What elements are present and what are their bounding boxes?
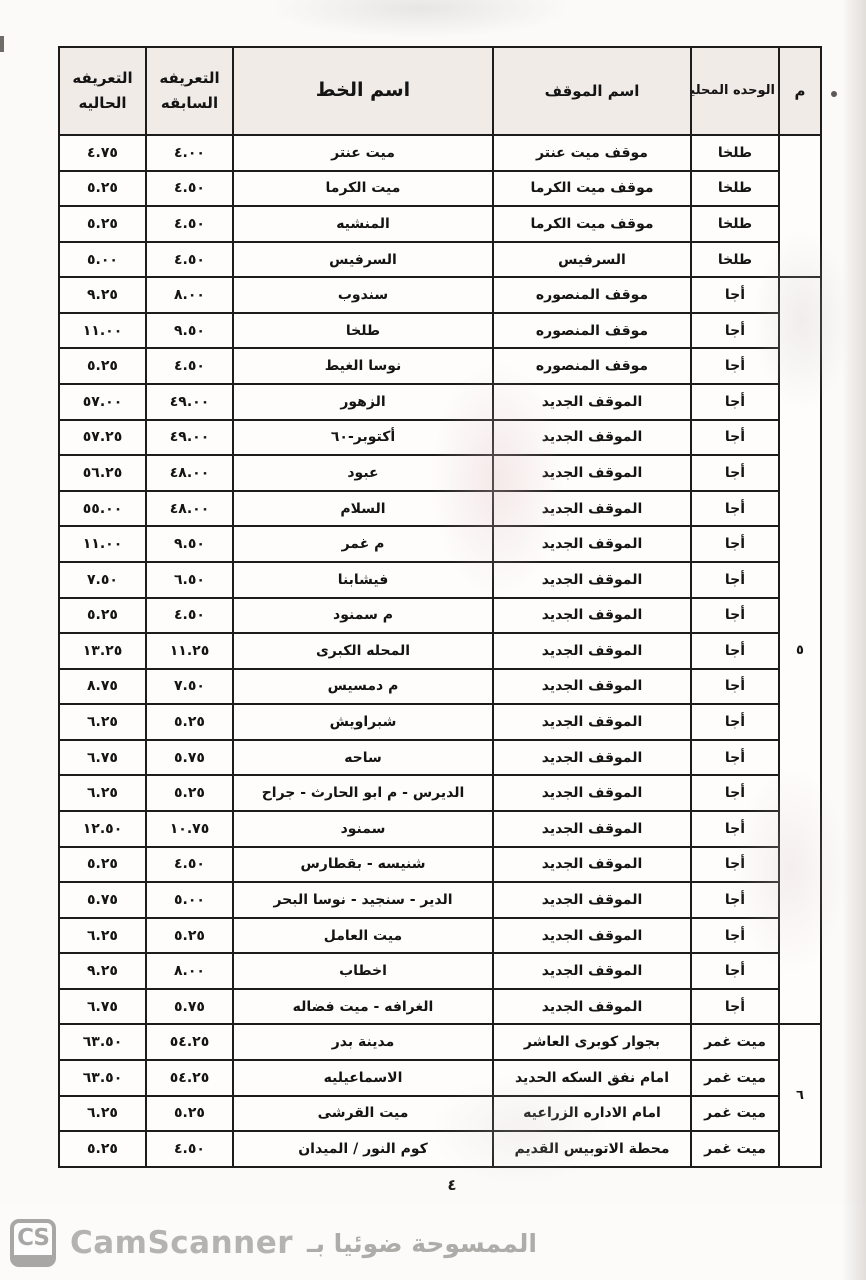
prev-tariff-cell: ٥.٧٥ [146, 989, 233, 1025]
stop-cell: الموقف الجديد [493, 740, 691, 776]
table-row: طلخاموقف ميت عنترميت عنتر٤.٠٠٤.٧٥ [59, 135, 821, 171]
prev-tariff-cell: ٧.٥٠ [146, 669, 233, 705]
header-previous-tariff: التعريفه السابقه [146, 47, 233, 135]
line-cell: م غمر [233, 526, 493, 562]
stop-cell: الموقف الجديد [493, 989, 691, 1025]
curr-tariff-cell: ٥٧.٢٥ [59, 420, 146, 456]
line-cell: فيشابنا [233, 562, 493, 598]
stop-cell: الموقف الجديد [493, 633, 691, 669]
unit-cell: أجا [691, 598, 779, 634]
line-cell: ميت الكرما [233, 171, 493, 207]
line-cell: م دمسيس [233, 669, 493, 705]
prev-tariff-cell: ٥.٢٥ [146, 704, 233, 740]
stop-cell: امام نفق السكه الحديد [493, 1060, 691, 1096]
unit-cell: أجا [691, 633, 779, 669]
unit-cell: طلخا [691, 206, 779, 242]
stop-cell: موقف المنصوره [493, 348, 691, 384]
unit-cell: أجا [691, 847, 779, 883]
scan-dot-artifact [831, 91, 837, 97]
stop-cell: الموقف الجديد [493, 491, 691, 527]
unit-cell: أجا [691, 526, 779, 562]
curr-tariff-cell: ٥٧.٠٠ [59, 384, 146, 420]
line-cell: اخطاب [233, 953, 493, 989]
prev-tariff-cell: ٩.٥٠ [146, 313, 233, 349]
unit-cell: ميت غمر [691, 1096, 779, 1132]
curr-tariff-cell: ٥.٠٠ [59, 242, 146, 278]
camscanner-footer: CS CamScanner الممسوحة ضوئيا بـ [0, 1206, 866, 1280]
curr-tariff-cell: ٩.٢٥ [59, 953, 146, 989]
curr-tariff-cell: ٦.٢٥ [59, 704, 146, 740]
stop-cell: الموقف الجديد [493, 384, 691, 420]
stop-cell: السرفيس [493, 242, 691, 278]
table-row: أجاالموقف الجديدميت العامل٥.٢٥٦.٢٥ [59, 918, 821, 954]
line-cell: شنيسه - بقطارس [233, 847, 493, 883]
table-row: ميت غمرامام الاداره الزراعيهميت القرشى٥.… [59, 1096, 821, 1132]
prev-tariff-cell: ٥.٠٠ [146, 882, 233, 918]
unit-cell: أجا [691, 384, 779, 420]
curr-tariff-cell: ٩.٢٥ [59, 277, 146, 313]
table-row: أجاالموقف الجديدالغرافه - ميت فضاله٥.٧٥٦… [59, 989, 821, 1025]
table-row: أجاالموقف الجديدسمنود١٠.٧٥١٢.٥٠ [59, 811, 821, 847]
unit-cell: أجا [691, 740, 779, 776]
prev-tariff-cell: ٤.٥٠ [146, 348, 233, 384]
header-local-unit: الوحده المحليه [691, 47, 779, 135]
curr-tariff-cell: ٤.٧٥ [59, 135, 146, 171]
header-serial: م [779, 47, 821, 135]
line-cell: مدينة بدر [233, 1024, 493, 1060]
line-cell: المحله الكبرى [233, 633, 493, 669]
unit-cell: أجا [691, 918, 779, 954]
curr-tariff-cell: ١٢.٥٠ [59, 811, 146, 847]
stop-cell: موقف ميت الكرما [493, 171, 691, 207]
table-row: أجاالموقف الجديدعبود٤٨.٠٠٥٦.٢٥ [59, 455, 821, 491]
prev-tariff-cell: ٦.٥٠ [146, 562, 233, 598]
unit-cell: طلخا [691, 171, 779, 207]
table-row: أجاموقف المنصورهنوسا الغيط٤.٥٠٥.٢٥ [59, 348, 821, 384]
stop-cell: موقف المنصوره [493, 313, 691, 349]
table-row: أجاالموقف الجديداخطاب٨.٠٠٩.٢٥ [59, 953, 821, 989]
line-cell: م سمنود [233, 598, 493, 634]
stop-cell: الموقف الجديد [493, 455, 691, 491]
stop-cell: محطة الاتوبيس القديم [493, 1131, 691, 1167]
table-row: ميت غمرامام نفق السكه الحديدالاسماعيليه٥… [59, 1060, 821, 1096]
line-cell: الغرافه - ميت فضاله [233, 989, 493, 1025]
prev-tariff-cell: ١١.٢٥ [146, 633, 233, 669]
line-cell: الديرس - م ابو الحارث - جراح [233, 775, 493, 811]
line-cell: سندوب [233, 277, 493, 313]
prev-tariff-cell: ١٠.٧٥ [146, 811, 233, 847]
unit-cell: أجا [691, 953, 779, 989]
curr-tariff-cell: ٥٥.٠٠ [59, 491, 146, 527]
stop-cell: الموقف الجديد [493, 811, 691, 847]
line-cell: عبود [233, 455, 493, 491]
stop-cell: الموقف الجديد [493, 775, 691, 811]
prev-tariff-cell: ٤.٠٠ [146, 135, 233, 171]
unit-cell: أجا [691, 420, 779, 456]
line-cell: كوم النور / الميدان [233, 1131, 493, 1167]
prev-tariff-cell: ٤.٥٠ [146, 242, 233, 278]
table-header-row: م الوحده المحليه اسم الموقف اسم الخط الت… [59, 47, 821, 135]
stop-cell: الموقف الجديد [493, 882, 691, 918]
prev-tariff-cell: ٥٤.٢٥ [146, 1024, 233, 1060]
line-cell: السرفيس [233, 242, 493, 278]
line-cell: ميت القرشى [233, 1096, 493, 1132]
curr-tariff-cell: ٦.٢٥ [59, 1096, 146, 1132]
unit-cell: ميت غمر [691, 1131, 779, 1167]
curr-tariff-cell: ٥.٢٥ [59, 348, 146, 384]
unit-cell: أجا [691, 882, 779, 918]
table-row: أجاالموقف الجديدالديرس - م ابو الحارث - … [59, 775, 821, 811]
unit-cell: أجا [691, 455, 779, 491]
prev-tariff-cell: ٥.٢٥ [146, 1096, 233, 1132]
line-cell: الزهور [233, 384, 493, 420]
table-row: أجاالموقف الجديدالمحله الكبرى١١.٢٥١٣.٢٥ [59, 633, 821, 669]
table-row: طلخاموقف ميت الكرماالمنشيه٤.٥٠٥.٢٥ [59, 206, 821, 242]
page-number: ٤ [440, 1176, 464, 1194]
unit-cell: طلخا [691, 242, 779, 278]
curr-tariff-cell: ٥.٧٥ [59, 882, 146, 918]
curr-tariff-cell: ١١.٠٠ [59, 313, 146, 349]
unit-cell: أجا [691, 491, 779, 527]
table-row: أجاالموقف الجديدساحه٥.٧٥٦.٧٥ [59, 740, 821, 776]
table-row: أجاالموقف الجديدفيشابنا٦.٥٠٧.٥٠ [59, 562, 821, 598]
table-row: طلخاالسرفيسالسرفيس٤.٥٠٥.٠٠ [59, 242, 821, 278]
curr-tariff-cell: ٥.٢٥ [59, 171, 146, 207]
prev-tariff-cell: ٤.٥٠ [146, 847, 233, 883]
curr-tariff-cell: ١١.٠٠ [59, 526, 146, 562]
line-cell: الاسماعيليه [233, 1060, 493, 1096]
line-cell: طلخا [233, 313, 493, 349]
line-cell: شبراويش [233, 704, 493, 740]
line-cell: ساحه [233, 740, 493, 776]
stop-cell: الموقف الجديد [493, 562, 691, 598]
group-serial-cell: ٥ [779, 277, 821, 1024]
table-row: أجاالموقف الجديدم غمر٩.٥٠١١.٠٠ [59, 526, 821, 562]
table-row: أجاالموقف الجديدالسلام٤٨.٠٠٥٥.٠٠ [59, 491, 821, 527]
table-row: أجاالموقف الجديدالدير - سنجيد - نوسا الب… [59, 882, 821, 918]
header-stop-name: اسم الموقف [493, 47, 691, 135]
table-row: أجاالموقف الجديدشنيسه - بقطارس٤.٥٠٥.٢٥ [59, 847, 821, 883]
curr-tariff-cell: ٦.٧٥ [59, 740, 146, 776]
prev-tariff-cell: ٥.٧٥ [146, 740, 233, 776]
stop-cell: الموقف الجديد [493, 669, 691, 705]
stop-cell: الموقف الجديد [493, 953, 691, 989]
unit-cell: ميت غمر [691, 1024, 779, 1060]
unit-cell: أجا [691, 704, 779, 740]
prev-tariff-cell: ٤.٥٠ [146, 598, 233, 634]
tariff-table: م الوحده المحليه اسم الموقف اسم الخط الت… [58, 46, 822, 1168]
unit-cell: أجا [691, 811, 779, 847]
table-row: طلخاموقف ميت الكرماميت الكرما٤.٥٠٥.٢٥ [59, 171, 821, 207]
unit-cell: طلخا [691, 135, 779, 171]
line-cell: نوسا الغيط [233, 348, 493, 384]
curr-tariff-cell: ٥.٢٥ [59, 847, 146, 883]
unit-cell: أجا [691, 989, 779, 1025]
unit-cell: أجا [691, 348, 779, 384]
table-row: ٦ميت غمربجوار كوبرى العاشرمدينة بدر٥٤.٢٥… [59, 1024, 821, 1060]
stop-cell: الموقف الجديد [493, 598, 691, 634]
prev-tariff-cell: ٥.٢٥ [146, 775, 233, 811]
curr-tariff-cell: ٥.٢٥ [59, 206, 146, 242]
prev-tariff-cell: ٨.٠٠ [146, 953, 233, 989]
table-row: أجاالموقف الجديدم دمسيس٧.٥٠٨.٧٥ [59, 669, 821, 705]
curr-tariff-cell: ٨.٧٥ [59, 669, 146, 705]
group-serial-cell [779, 135, 821, 277]
line-cell: المنشيه [233, 206, 493, 242]
prev-tariff-cell: ٤.٥٠ [146, 171, 233, 207]
prev-tariff-cell: ٥.٢٥ [146, 918, 233, 954]
table-row: أجاموقف المنصورهطلخا٩.٥٠١١.٠٠ [59, 313, 821, 349]
scanned-with-text: الممسوحة ضوئيا بـ [307, 1229, 537, 1258]
prev-tariff-cell: ٤٨.٠٠ [146, 491, 233, 527]
unit-cell: أجا [691, 277, 779, 313]
prev-tariff-cell: ٤٩.٠٠ [146, 420, 233, 456]
curr-tariff-cell: ٦.٢٥ [59, 775, 146, 811]
line-cell: ميت العامل [233, 918, 493, 954]
line-cell: سمنود [233, 811, 493, 847]
table-row: أجاالموقف الجديدالزهور٤٩.٠٠٥٧.٠٠ [59, 384, 821, 420]
prev-tariff-cell: ٤.٥٠ [146, 206, 233, 242]
stop-cell: الموقف الجديد [493, 847, 691, 883]
prev-tariff-cell: ٨.٠٠ [146, 277, 233, 313]
curr-tariff-cell: ٥٦.٢٥ [59, 455, 146, 491]
stop-cell: امام الاداره الزراعيه [493, 1096, 691, 1132]
unit-cell: ميت غمر [691, 1060, 779, 1096]
line-cell: ميت عنتر [233, 135, 493, 171]
header-current-tariff: التعريفه الحاليه [59, 47, 146, 135]
group-serial-cell: ٦ [779, 1024, 821, 1167]
stop-cell: بجوار كوبرى العاشر [493, 1024, 691, 1060]
prev-tariff-cell: ٤.٥٠ [146, 1131, 233, 1167]
prev-tariff-cell: ٩.٥٠ [146, 526, 233, 562]
stop-cell: الموقف الجديد [493, 526, 691, 562]
curr-tariff-cell: ٦٣.٥٠ [59, 1024, 146, 1060]
table-row: أجاالموقف الجديدم سمنود٤.٥٠٥.٢٥ [59, 598, 821, 634]
curr-tariff-cell: ٦٣.٥٠ [59, 1060, 146, 1096]
line-cell: الدير - سنجيد - نوسا البحر [233, 882, 493, 918]
unit-cell: أجا [691, 562, 779, 598]
camscanner-brand-text: CamScanner [70, 1225, 293, 1261]
prev-tariff-cell: ٤٨.٠٠ [146, 455, 233, 491]
table-row: أجاالموقف الجديدأكتوبر-٦٠٤٩.٠٠٥٧.٢٥ [59, 420, 821, 456]
table-row: أجاالموقف الجديدشبراويش٥.٢٥٦.٢٥ [59, 704, 821, 740]
curr-tariff-cell: ٥.٢٥ [59, 598, 146, 634]
camscanner-logo-letters: CS [17, 1223, 49, 1253]
table-row: ميت غمرمحطة الاتوبيس القديمكوم النور / ا… [59, 1131, 821, 1167]
stop-cell: الموقف الجديد [493, 918, 691, 954]
curr-tariff-cell: ٥.٢٥ [59, 1131, 146, 1167]
table-row: ٥أجاموقف المنصورهسندوب٨.٠٠٩.٢٥ [59, 277, 821, 313]
curr-tariff-cell: ٦.٧٥ [59, 989, 146, 1025]
scanned-document-page: { "table": { "headers": { "current_tarif… [0, 0, 866, 1280]
prev-tariff-cell: ٥٤.٢٥ [146, 1060, 233, 1096]
stop-cell: موقف ميت الكرما [493, 206, 691, 242]
camscanner-logo-icon: CS [10, 1219, 56, 1267]
stop-cell: موقف المنصوره [493, 277, 691, 313]
unit-cell: أجا [691, 775, 779, 811]
table-body: طلخاموقف ميت عنترميت عنتر٤.٠٠٤.٧٥طلخاموق… [59, 135, 821, 1167]
curr-tariff-cell: ٦.٢٥ [59, 918, 146, 954]
unit-cell: أجا [691, 669, 779, 705]
unit-cell: أجا [691, 313, 779, 349]
camscanner-logo-base [13, 1255, 53, 1264]
line-cell: أكتوبر-٦٠ [233, 420, 493, 456]
curr-tariff-cell: ١٣.٢٥ [59, 633, 146, 669]
stop-cell: موقف ميت عنتر [493, 135, 691, 171]
curr-tariff-cell: ٧.٥٠ [59, 562, 146, 598]
line-cell: السلام [233, 491, 493, 527]
stop-cell: الموقف الجديد [493, 704, 691, 740]
stop-cell: الموقف الجديد [493, 420, 691, 456]
scan-edge-mark [0, 36, 4, 52]
prev-tariff-cell: ٤٩.٠٠ [146, 384, 233, 420]
header-line-name: اسم الخط [233, 47, 493, 135]
